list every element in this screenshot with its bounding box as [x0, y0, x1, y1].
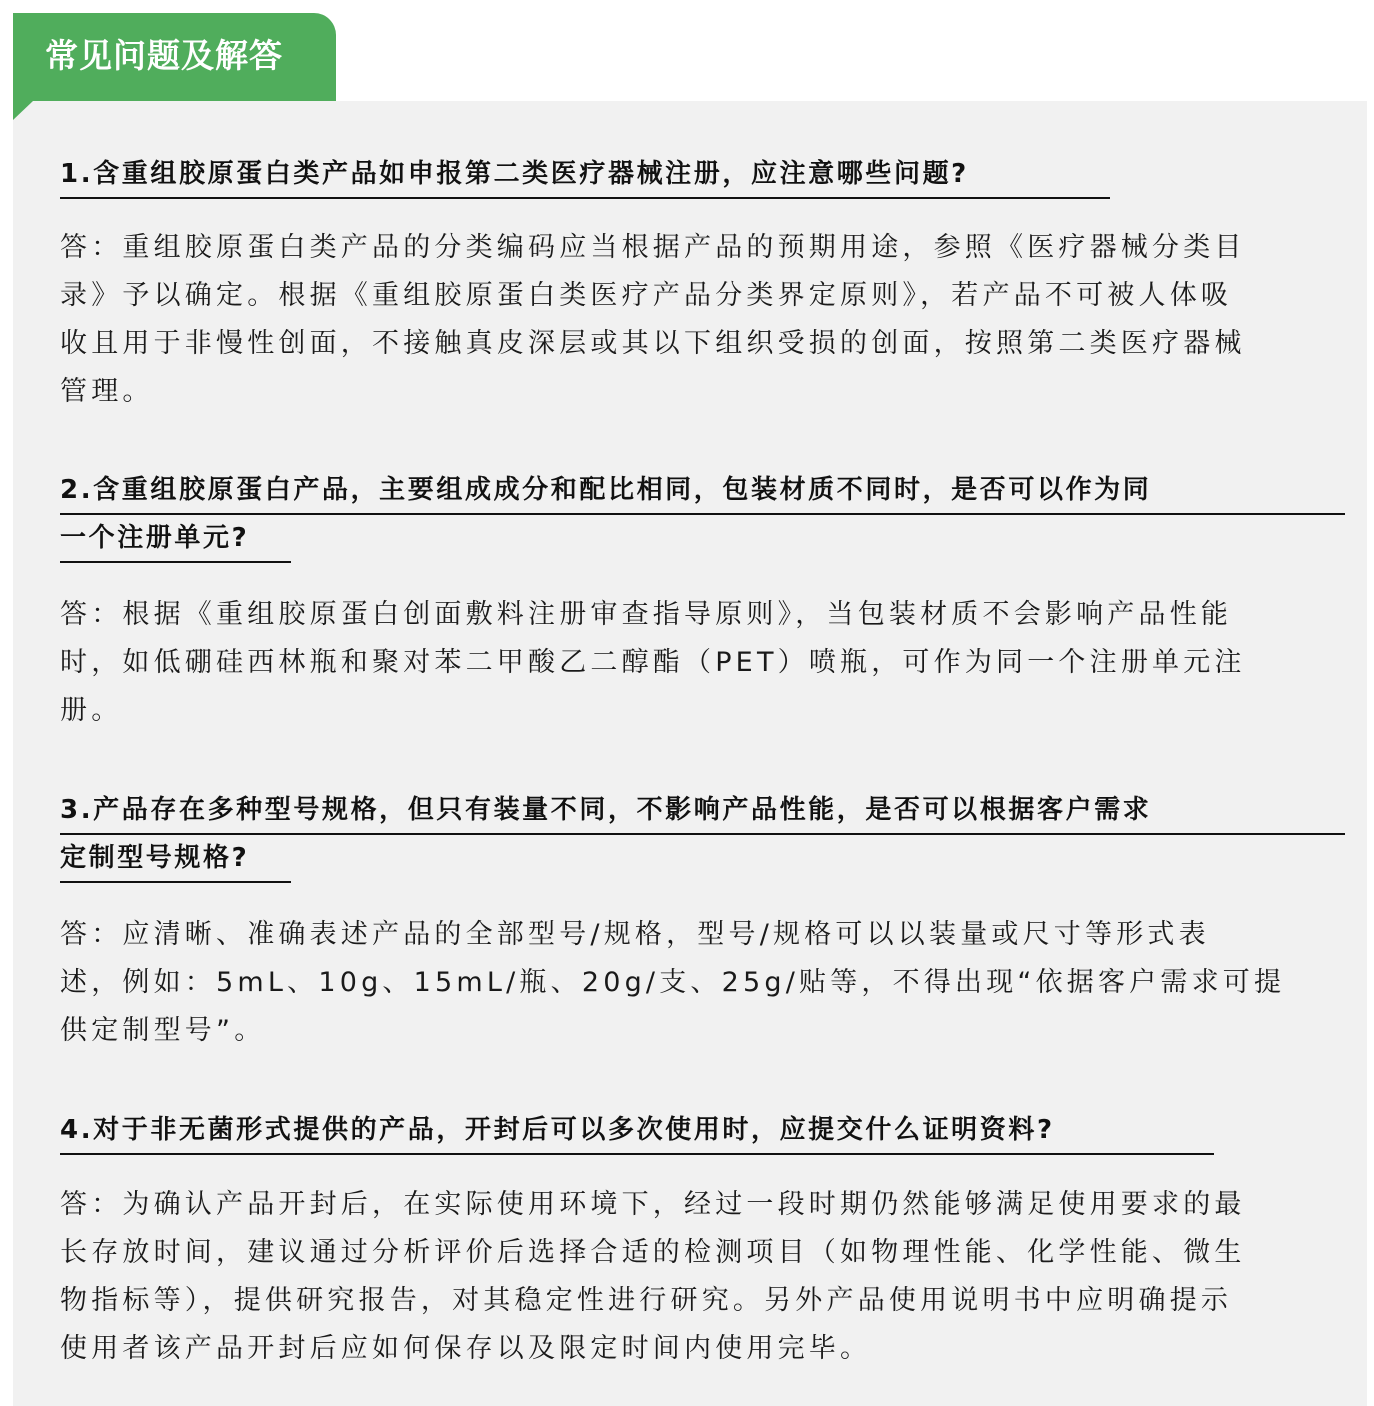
question-underline [60, 197, 1110, 199]
question-line: 1.含重组胶原蛋白类产品如申报第二类医疗器械注册，应注意哪些问题? [60, 151, 1345, 197]
answer-line: 使用者该产品开封后应如何保存以及限定时间内使用完毕。 [60, 1325, 1345, 1373]
answer-line: 录》予以确定。根据《重组胶原蛋白类医疗产品分类界定原则》，若产品不可被人体吸 [60, 272, 1345, 320]
answer-line: 答：应清晰、准确表述产品的全部型号/规格，型号/规格可以以装量或尺寸等形式表 [60, 911, 1345, 959]
question-line: 4.对于非无菌形式提供的产品，开封后可以多次使用时，应提交什么证明资料? [60, 1107, 1345, 1153]
faq-item-4: 4.对于非无菌形式提供的产品，开封后可以多次使用时，应提交什么证明资料? 答：为… [60, 1107, 1345, 1373]
question-underline [60, 881, 291, 883]
faq-item-2: 2.含重组胶原蛋白产品，主要组成成分和配比相同，包装材质不同时，是否可以作为同 … [60, 467, 1345, 735]
answer-line: 管理。 [60, 368, 1345, 416]
answer: 答：为确认产品开封后，在实际使用环境下，经过一段时期仍然能够满足使用要求的最 长… [60, 1181, 1345, 1373]
answer-line: 答：根据《重组胶原蛋白创面敷料注册审查指导原则》，当包装材质不会影响产品性能 [60, 591, 1345, 639]
faq-panel: 1.含重组胶原蛋白类产品如申报第二类医疗器械注册，应注意哪些问题? 答：重组胶原… [13, 101, 1367, 1406]
answer-line: 收且用于非慢性创面，不接触真皮深层或其以下组织受损的创面，按照第二类医疗器械 [60, 320, 1345, 368]
question-line: 2.含重组胶原蛋白产品，主要组成成分和配比相同，包装材质不同时，是否可以作为同 [60, 467, 1345, 513]
question: 3.产品存在多种型号规格，但只有装量不同，不影响产品性能，是否可以根据客户需求 … [60, 787, 1345, 881]
answer-line: 长存放时间，建议通过分析评价后选择合适的检测项目（如物理性能、化学性能、微生 [60, 1229, 1345, 1277]
question-underline [60, 561, 291, 563]
answer-line: 述，例如：5mL、10g、15mL/瓶、20g/支、25g/贴等，不得出现“依据… [60, 959, 1345, 1007]
answer-line: 物指标等），提供研究报告，对其稳定性进行研究。另外产品使用说明书中应明确提示 [60, 1277, 1345, 1325]
answer: 答：重组胶原蛋白类产品的分类编码应当根据产品的预期用途，参照《医疗器械分类目 录… [60, 224, 1345, 416]
answer-line: 时，如低硼硅西林瓶和聚对苯二甲酸乙二醇酯（PET）喷瓶，可作为同一个注册单元注 [60, 639, 1345, 687]
question: 4.对于非无菌形式提供的产品，开封后可以多次使用时，应提交什么证明资料? [60, 1107, 1345, 1153]
question-underline [60, 1153, 1214, 1155]
faq-item-3: 3.产品存在多种型号规格，但只有装量不同，不影响产品性能，是否可以根据客户需求 … [60, 787, 1345, 1055]
answer: 答：应清晰、准确表述产品的全部型号/规格，型号/规格可以以装量或尺寸等形式表 述… [60, 911, 1345, 1055]
question-line: 定制型号规格? [60, 835, 1345, 881]
question: 1.含重组胶原蛋白类产品如申报第二类医疗器械注册，应注意哪些问题? [60, 151, 1345, 197]
faq-item-1: 1.含重组胶原蛋白类产品如申报第二类医疗器械注册，应注意哪些问题? 答：重组胶原… [60, 151, 1345, 416]
question-line: 3.产品存在多种型号规格，但只有装量不同，不影响产品性能，是否可以根据客户需求 [60, 787, 1345, 833]
question: 2.含重组胶原蛋白产品，主要组成成分和配比相同，包装材质不同时，是否可以作为同 … [60, 467, 1345, 561]
tab-fold-corner [13, 101, 33, 120]
answer-line: 答：为确认产品开封后，在实际使用环境下，经过一段时期仍然能够满足使用要求的最 [60, 1181, 1345, 1229]
answer-line: 答：重组胶原蛋白类产品的分类编码应当根据产品的预期用途，参照《医疗器械分类目 [60, 224, 1345, 272]
question-line: 一个注册单元? [60, 515, 1345, 561]
section-title: 常见问题及解答 [45, 39, 283, 72]
section-header-tab: 常见问题及解答 [13, 13, 336, 101]
answer: 答：根据《重组胶原蛋白创面敷料注册审查指导原则》，当包装材质不会影响产品性能 时… [60, 591, 1345, 735]
answer-line: 供定制型号”。 [60, 1007, 1345, 1055]
answer-line: 册。 [60, 687, 1345, 735]
